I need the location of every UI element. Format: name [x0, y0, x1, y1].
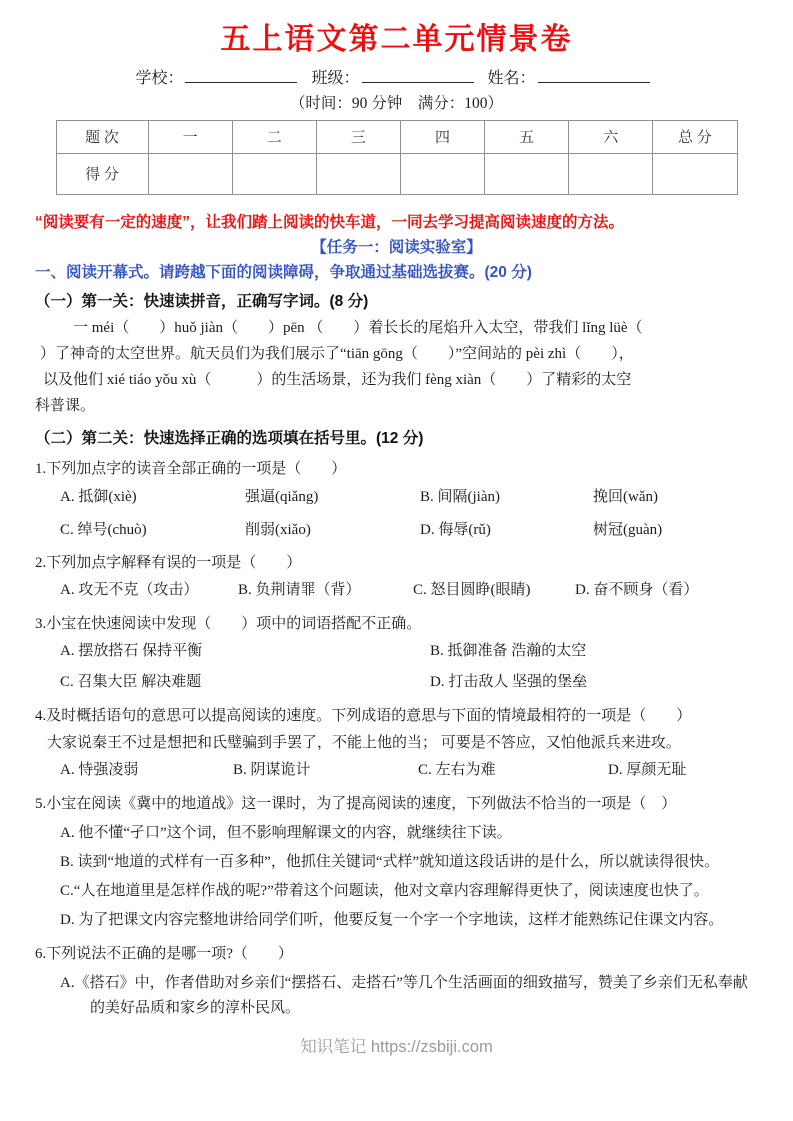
footer-watermark: 知识笔记 https://zsbiji.com	[35, 1033, 758, 1057]
option-item: C. 召集大臣 解决难题	[60, 670, 430, 695]
part-two-section: （二）第二关：快速选择正确的选项填在括号里。(12 分) 1.下列加点字的读音全…	[35, 426, 758, 1021]
score-table-header-cell: 四	[400, 120, 484, 153]
school-blank-line	[185, 68, 297, 83]
option-item: 强逼(qiǎng)	[245, 485, 420, 509]
option-item: A. 恃强凌弱	[60, 758, 233, 783]
option-item: 挽回(wǎn)	[593, 485, 758, 509]
score-table-header-cell: 五	[485, 120, 569, 153]
class-blank-line	[362, 68, 474, 83]
student-info-line: 学校：班级：姓名：	[35, 65, 758, 88]
score-table-header-cell: 总 分	[653, 120, 737, 153]
question-5: 5.小宝在阅读《冀中的地道战》这一课时，为了提高阅读的速度，下列做法不恰当的一项…	[35, 791, 758, 933]
score-cell	[316, 153, 400, 194]
name-label: 姓名：	[488, 70, 536, 87]
question-2: 2.下列加点字解释有误的一项是（ ） A. 攻无不克（攻击） B. 负荆请罪（背…	[35, 550, 758, 603]
score-table-header-cell: 一	[148, 120, 232, 153]
score-cell	[400, 153, 484, 194]
score-table-header-cell: 三	[316, 120, 400, 153]
name-blank-line	[538, 68, 650, 83]
option-item: A. 抵御(xiè)	[60, 485, 245, 509]
option-item: 削弱(xiǎo)	[245, 518, 420, 542]
score-cell	[569, 153, 653, 194]
option-item: C. 怒目圆睁(眼睛)	[413, 578, 575, 603]
question-1: 1.下列加点字的读音全部正确的一项是（ ） A. 抵御(xiè) 强逼(qiǎn…	[35, 456, 758, 542]
pinyin-line: 一 méi（ ）huǒ jiàn（ ）pēn （ ）着长长的尾焰升入太空，带我们…	[73, 315, 758, 341]
option-item: B. 读到“地道的式样有一百多种”，他抓住关键词“式样”就知道这段话讲的是什么，…	[60, 850, 758, 875]
part-two-heading: （二）第二关：快速选择正确的选项填在括号里。(12 分)	[35, 426, 758, 448]
option-item: A.《搭石》中，作者借助对乡亲们“摆搭石、走搭石”等几个生活画面的细致描写，赞美…	[60, 971, 758, 1021]
exam-motto: “阅读要有一定的速度”，让我们踏上阅读的快车道，一同去学习提高阅读速度的方法。	[35, 210, 758, 232]
question-4: 4.及时概括语句的意思可以提高阅读的速度。下列成语的意思与下面的情境最相符的一项…	[35, 703, 758, 783]
question-4-context: 大家说秦王不过是想把和氏璧骗到手罢了，不能上他的当； 可要是不答应，又怕他派兵来…	[47, 730, 758, 756]
option-item: 树冠(guàn)	[593, 518, 758, 542]
part-one-heading: （一）第一关：快速读拼音，正确写字词。(8 分)	[35, 289, 758, 311]
pinyin-line: 科普课。	[35, 393, 758, 419]
question-3: 3.小宝在快速阅读中发现（ ）项中的词语搭配不正确。 A. 摆放搭石 保持平衡 …	[35, 611, 758, 695]
question-6-options: A.《搭石》中，作者借助对乡亲们“摆搭石、走搭石”等几个生活画面的细致描写，赞美…	[60, 971, 758, 1021]
option-item: D. 奋不顾身（看）	[575, 578, 758, 603]
score-row-label: 得 分	[56, 153, 148, 194]
footer-url-link[interactable]: https://zsbiji.com	[371, 1038, 493, 1056]
option-item: B. 抵御准备 浩瀚的太空	[430, 639, 758, 664]
option-item: A. 攻无不克（攻击）	[60, 578, 238, 603]
question-4-text: 4.及时概括语句的意思可以提高阅读的速度。下列成语的意思与下面的情境最相符的一项…	[35, 703, 758, 729]
score-cell	[148, 153, 232, 194]
page-title: 五上语文第二单元情景卷	[35, 20, 758, 61]
question-3-text: 3.小宝在快速阅读中发现（ ）项中的词语搭配不正确。	[35, 611, 758, 637]
question-5-options: A. 他不懂“孑口”这个词，但不影响理解课文的内容，就继续往下读。 B. 读到“…	[60, 821, 758, 933]
question-6-text: 6.下列说法不正确的是哪一项?（ ）	[35, 941, 758, 967]
exam-meta: （时间：90 分钟 满分：100）	[35, 91, 758, 113]
option-item: D. 厚颜无耻	[608, 758, 758, 783]
option-item: C. 绰号(chuò)	[60, 518, 245, 542]
score-table: 题 次 一 二 三 四 五 六 总 分 得 分	[56, 120, 738, 195]
option-item: D. 为了把课文内容完整地讲给同学们听，他要反复一个字一个字地读，这样才能熟练记…	[60, 908, 758, 933]
option-item: B. 阴谋诡计	[233, 758, 418, 783]
score-table-header-cell: 六	[569, 120, 653, 153]
question-1-options: A. 抵御(xiè) 强逼(qiǎng) B. 间隔(jiàn) 挽回(wǎn)…	[60, 485, 758, 542]
pinyin-fill-paragraph: 一 méi（ ）huǒ jiàn（ ）pēn （ ）着长长的尾焰升入太空，带我们…	[35, 315, 758, 419]
option-item: B. 负荆请罪（背）	[238, 578, 413, 603]
option-item: C.“人在地道里是怎样作战的呢?”带着这个问题读，他对文章内容理解得更快了，阅读…	[60, 879, 758, 904]
option-item: B. 间隔(jiàn)	[420, 485, 593, 509]
exam-paper-page: 五上语文第二单元情景卷 学校：班级：姓名： （时间：90 分钟 满分：100） …	[0, 0, 793, 1057]
option-item: D. 侮辱(rǔ)	[420, 518, 593, 542]
question-5-text: 5.小宝在阅读《冀中的地道战》这一课时，为了提高阅读的速度，下列做法不恰当的一项…	[35, 791, 758, 817]
section-one-heading: 一、阅读开幕式。请跨越下面的阅读障碍，争取通过基础选拔赛。(20 分)	[35, 260, 758, 282]
question-6: 6.下列说法不正确的是哪一项?（ ） A.《搭石》中，作者借助对乡亲们“摆搭石、…	[35, 941, 758, 1021]
score-cell	[653, 153, 737, 194]
score-table-score-row: 得 分	[56, 153, 737, 194]
score-table-header-row: 题 次 一 二 三 四 五 六 总 分	[56, 120, 737, 153]
school-label: 学校：	[135, 70, 183, 87]
pinyin-line: ）了神奇的太空世界。航天员们为我们展示了“tiān gōng（ ）”空间站的 p…	[40, 341, 758, 367]
option-item: A. 他不懂“孑口”这个词，但不影响理解课文的内容，就继续往下读。	[60, 821, 758, 846]
class-label: 班级：	[311, 70, 359, 87]
score-table-header-cell: 二	[232, 120, 316, 153]
question-4-options: A. 恃强凌弱 B. 阴谋诡计 C. 左右为难 D. 厚颜无耻	[60, 758, 758, 783]
question-2-options: A. 攻无不克（攻击） B. 负荆请罪（背） C. 怒目圆睁(眼睛) D. 奋不…	[60, 578, 758, 603]
task-one-heading: 【任务一：阅读实验室】	[35, 235, 758, 257]
pinyin-line: 以及他们 xié tiáo yǒu xù（ ）的生活场景，还为我们 fèng x…	[43, 367, 758, 393]
question-2-text: 2.下列加点字解释有误的一项是（ ）	[35, 550, 758, 576]
part-one-section: （一）第一关：快速读拼音，正确写字词。(8 分) 一 méi（ ）huǒ jià…	[35, 289, 758, 419]
footer-site-label: 知识笔记	[300, 1038, 366, 1056]
score-table-header-cell: 题 次	[56, 120, 148, 153]
score-cell	[485, 153, 569, 194]
option-item: D. 打击敌人 坚强的堡垒	[430, 670, 758, 695]
question-3-options: A. 摆放搭石 保持平衡 B. 抵御准备 浩瀚的太空 C. 召集大臣 解决难题 …	[60, 639, 758, 695]
option-item: A. 摆放搭石 保持平衡	[60, 639, 430, 664]
question-1-text: 1.下列加点字的读音全部正确的一项是（ ）	[35, 456, 758, 482]
option-item: C. 左右为难	[418, 758, 608, 783]
score-cell	[232, 153, 316, 194]
